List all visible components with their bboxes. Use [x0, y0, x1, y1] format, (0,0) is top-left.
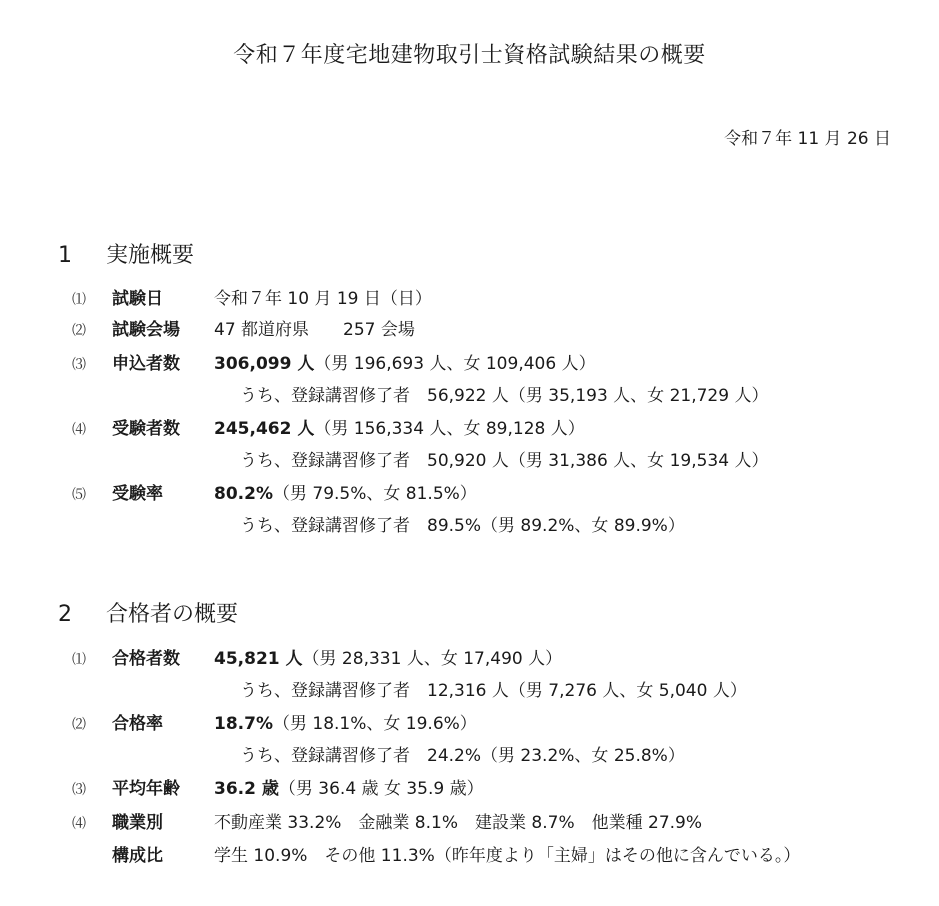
item-exam-date: ⑴試験日令和７年 10 月 19 日（日）	[72, 288, 432, 311]
item-average-age: ⑶平均年齢36.2 歳（男 36.4 歳 女 35.9 歳）	[72, 778, 484, 801]
item-value: 令和７年 10 月 19 日（日）	[214, 289, 432, 309]
item-examinees-sub: うち、登録講習修了者 50,920 人（男 31,386 人、女 19,534 …	[240, 450, 768, 472]
item-value: 不動産業 33.2% 金融業 8.1% 建設業 8.7% 他業種 27.9%	[214, 813, 702, 833]
item-detail: （男 28,331 人、女 17,490 人）	[303, 649, 563, 669]
item-applicants-sub: うち、登録講習修了者 56,922 人（男 35,193 人、女 21,729 …	[240, 385, 768, 407]
item-main-value: 45,821 人	[214, 649, 303, 669]
item-detail: （男 79.5%、女 81.5%）	[273, 484, 477, 504]
item-detail: （男 18.1%、女 19.6%）	[273, 714, 477, 734]
item-occupation: ⑷職業別不動産業 33.2% 金融業 8.1% 建設業 8.7% 他業種 27.…	[72, 812, 702, 835]
item-value: 学生 10.9% その他 11.3%（昨年度より「主婦」はその他に含んでいる。）	[214, 846, 800, 866]
item-applicants: ⑶申込者数306,099 人（男 196,693 人、女 109,406 人）	[72, 353, 596, 376]
item-detail: （男 36.4 歳 女 35.9 歳）	[279, 779, 484, 799]
item-detail: （男 156,334 人、女 89,128 人）	[314, 419, 584, 439]
item-detail: （男 196,693 人、女 109,406 人）	[314, 354, 595, 374]
item-label: 構成比	[112, 845, 214, 867]
item-label: 合格率	[112, 713, 214, 735]
item-label: 受験率	[112, 483, 214, 505]
section-1-heading: 1実施概要	[58, 238, 194, 269]
item-label: 申込者数	[112, 353, 214, 375]
item-pass-rate-sub: うち、登録講習修了者 24.2%（男 23.2%、女 25.8%）	[240, 745, 685, 767]
item-passers-sub: うち、登録講習修了者 12,316 人（男 7,276 人、女 5,040 人）	[240, 680, 747, 702]
item-exam-rate-sub: うち、登録講習修了者 89.5%（男 89.2%、女 89.9%）	[240, 515, 685, 537]
item-label: 受験者数	[112, 418, 214, 440]
item-label: 職業別	[112, 812, 214, 834]
item-label: 試験会場	[112, 319, 214, 341]
item-value: 47 都道府県 257 会場	[214, 320, 415, 340]
section-number: 2	[58, 602, 106, 627]
item-main-value: 36.2 歳	[214, 779, 279, 799]
item-exam-venues: ⑵試験会場47 都道府県 257 会場	[72, 319, 415, 342]
item-examinees: ⑷受験者数245,462 人（男 156,334 人、女 89,128 人）	[72, 418, 585, 441]
section-2-heading: 2合格者の概要	[58, 597, 238, 628]
item-label: 平均年齢	[112, 778, 214, 800]
item-exam-rate: ⑸受験率80.2%（男 79.5%、女 81.5%）	[72, 483, 477, 506]
item-main-value: 80.2%	[214, 484, 273, 504]
item-occupation-ratio: 構成比学生 10.9% その他 11.3%（昨年度より「主婦」はその他に含んでい…	[112, 845, 800, 867]
item-label: 合格者数	[112, 648, 214, 670]
item-main-value: 245,462 人	[214, 419, 314, 439]
section-title: 合格者の概要	[106, 602, 238, 627]
item-main-value: 18.7%	[214, 714, 273, 734]
section-title: 実施概要	[106, 243, 194, 268]
item-pass-rate: ⑵合格率18.7%（男 18.1%、女 19.6%）	[72, 713, 477, 736]
item-passers: ⑴合格者数45,821 人（男 28,331 人、女 17,490 人）	[72, 648, 562, 671]
item-label: 試験日	[112, 288, 214, 310]
document-title: 令和７年度宅地建物取引士資格試験結果の概要	[0, 38, 939, 69]
document-date: 令和７年 11 月 26 日	[724, 124, 891, 149]
item-main-value: 306,099 人	[214, 354, 314, 374]
section-number: 1	[58, 243, 106, 268]
